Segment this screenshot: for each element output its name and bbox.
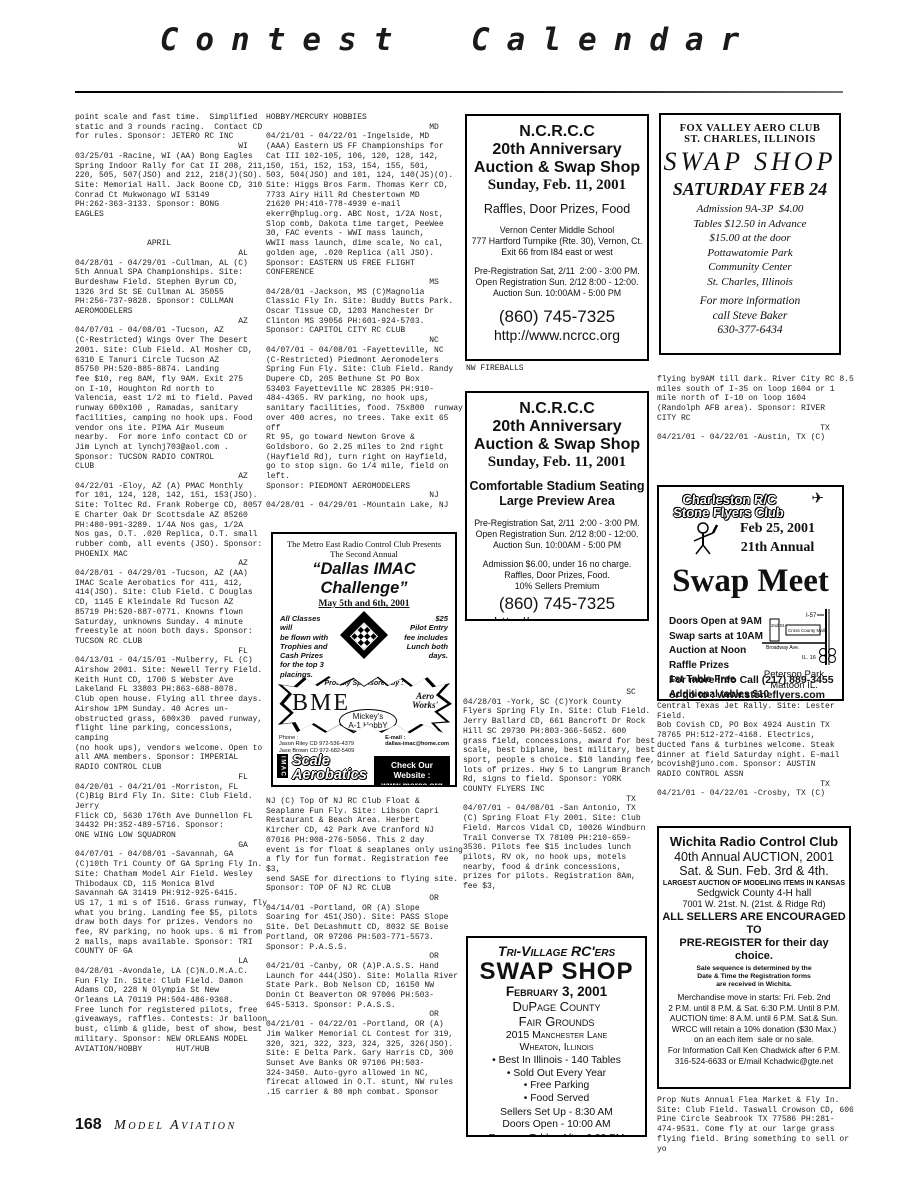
imac-email: E-mail : dallas-imac@home.com xyxy=(385,735,449,748)
foxvalley-date: SATURDAY FEB 24 xyxy=(661,179,839,200)
imac-sponsor-mickeys: Mickey's A-1 HobbY xyxy=(339,709,397,733)
imac-bottom-row: I M A C Scale Aerobatics Check Our Websi… xyxy=(273,754,455,787)
imac-starburst: Proudly Sponsored by : BME Aero Works' M… xyxy=(276,676,452,734)
ncrcc2-registration: Pre-Registration Sat, 2/11 2:00 - 3:00 P… xyxy=(467,518,647,551)
stone-flyers-logo-line2: Stone Flyers Club xyxy=(668,506,789,519)
imac-diamond-logo-icon xyxy=(340,611,388,659)
trivillage-setup: Sellers Set Up - 8:30 AM Doors Open - 10… xyxy=(468,1107,645,1131)
wichita-register: ALL SELLERS ARE ENCOURAGED TO PRE-REGIST… xyxy=(659,911,849,963)
trivillage-venue: DuPage County Fair Grounds xyxy=(468,999,645,1029)
ncrcc1-phone: (860) 745-7325 xyxy=(467,307,647,327)
trivillage-club: Tri-Village RC'ers xyxy=(468,943,645,959)
wichita-auction-ad: Wichita Radio Control Club 40th Annual A… xyxy=(657,826,851,1089)
map-label-i57: I-57 xyxy=(806,613,817,619)
foxvalley-title: SWAP SHOP xyxy=(661,147,839,177)
ncrcc2-event: Auction & Swap Shop xyxy=(467,436,647,454)
page-footer: 168 Model Aviation xyxy=(75,1116,237,1134)
ncrcc1-org-name: N.C.R.C.C xyxy=(467,123,647,141)
listing-column-4b: Central Texas Jet Rally. Site: Lester Fi… xyxy=(657,702,857,799)
charleston-date-annual: Feb 25, 2001 21th Annual xyxy=(725,519,830,557)
ncrcc2-url: http://www.ncrcc.org xyxy=(467,614,647,621)
wichita-tagline: LARGEST AUCTION OF MODELING ITEMS IN KAN… xyxy=(659,880,849,887)
ncrcc2-seating: Comfortable Stadium Seating Large Previe… xyxy=(467,479,647,509)
imac-sponsor-bme: BME xyxy=(292,690,350,717)
imac-sponsor-aeroworks: Aero Works' xyxy=(412,692,438,710)
wichita-schedule: Merchandise move in starts: Fri. Feb. 2n… xyxy=(659,992,849,1066)
scale-aerobatics-logo: I M A C Scale Aerobatics xyxy=(277,754,369,784)
wichita-club: Wichita Radio Control Club xyxy=(659,834,849,849)
imac-presents: The Metro East Radio Control Club Presen… xyxy=(273,539,455,549)
imac-left-note: All Classes will be flown with Trophies … xyxy=(280,614,332,679)
trivillage-reserve: Reserve Tables After 6:00 PM Ken (630) 5… xyxy=(468,1133,645,1137)
ncrcc1-url: http://www.ncrcc.org xyxy=(467,327,647,343)
wichita-address: 7001 W. 21st. N. (21st. & Ridge Rd) xyxy=(659,899,849,909)
listing-column-3: SC 04/28/01 -York, SC (C)York County Fly… xyxy=(463,688,660,892)
listing-column-2-top: HOBBY/MERCURY HOBBIES MD 04/21/01 - 04/2… xyxy=(266,113,463,511)
wichita-sequence: Sale sequence is determined by the Date … xyxy=(659,965,849,989)
ncrcc-auction-ad-2: N.C.R.C.C 20th Anniversary Auction & Swa… xyxy=(465,391,649,621)
trivillage-bullets: • Best In Illinois - 140 Tables • Sold O… xyxy=(468,1055,645,1105)
ncrcc2-admission: Admission $6.00, under 16 no charge. Raf… xyxy=(467,559,647,592)
wichita-auction: 40th Annual AUCTION, 2001 xyxy=(659,850,849,864)
page-title: Contest Calendar xyxy=(0,22,916,58)
imac-bar-logo-icon: I M A C xyxy=(277,754,288,778)
ncrcc1-date: Sunday, Feb. 11, 2001 xyxy=(467,177,647,194)
map-label-mall: Cross County Mall xyxy=(788,628,825,633)
ncrcc1-anniversary: 20th Anniversary xyxy=(467,141,647,159)
charleston-info: For more Info Call (217) 889-3455 or go … xyxy=(669,673,834,701)
ncrcc1-raffles: Raffles, Door Prizes, Food xyxy=(467,202,647,216)
trivillage-address: 2015 Manchester Lane Wheaton, Illinois xyxy=(468,1029,645,1053)
foxvalley-info: For more information call Steve Baker 63… xyxy=(661,294,839,338)
title-rule xyxy=(75,91,843,93)
map-label-il16: IL. 16 xyxy=(802,655,816,661)
ncrcc1-event: Auction & Swap Shop xyxy=(467,159,647,177)
charleston-annual: 21th Annual xyxy=(725,538,830,557)
ncrcc2-date: Sunday, Feb. 11, 2001 xyxy=(467,454,647,471)
map-label-2nd-st: 2nd St. xyxy=(771,623,785,628)
imac-phone-label: Phone : xyxy=(279,735,298,741)
plane-icon: ✈ xyxy=(811,489,824,507)
stone-flyers-logo: Charleston R/C Stone Flyers Club xyxy=(668,493,790,519)
imac-email-label: E-mail : xyxy=(385,735,405,741)
charleston-swap-meet-ad: Charleston R/C Stone Flyers Club ✈ Feb 2… xyxy=(657,485,844,701)
listing-column-2-bottom: NJ (C) Top Of NJ RC Club Float & Seaplan… xyxy=(266,797,463,1098)
imac-title: “Dallas IMAC Challenge” xyxy=(273,560,455,598)
ncrcc-auction-ad-1: N.C.R.C.C 20th Anniversary Auction & Swa… xyxy=(465,114,649,361)
trivillage-date: February 3, 2001 xyxy=(468,984,645,999)
foxvalley-details: Admission 9A-3P $4.00 Tables $12.50 in A… xyxy=(661,202,839,289)
imac-date: May 5th and 6th, 2001 xyxy=(273,599,455,609)
listing-column-4c: Prop Nuts Annual Flea Market & Fly In. S… xyxy=(657,1096,857,1154)
fox-valley-swap-shop-ad: FOX VALLEY AERO CLUB ST. CHARLES, ILLINO… xyxy=(659,113,841,355)
ncrcc1-venue: Vernon Center Middle School 777 Hartford… xyxy=(467,225,647,258)
tri-village-swap-shop-ad: Tri-Village RC'ers SWAP SHOP February 3,… xyxy=(466,936,647,1137)
imac-right-note: $25 Pilot Entry fee includes Lunch both … xyxy=(398,614,448,660)
imac-email-address: dallas-imac@home.com xyxy=(385,741,449,747)
ncrcc1-registration: Pre-Registration Sat, 2/11 2:00 - 3:00 P… xyxy=(467,266,647,299)
imac-annual: The Second Annual xyxy=(273,549,455,559)
wichita-dates: Sat. & Sun. Feb. 3rd & 4th. xyxy=(659,864,849,878)
dallas-imac-challenge-ad: The Metro East Radio Control Club Presen… xyxy=(271,532,457,787)
wichita-hall: Sedgwick County 4-H hall xyxy=(659,888,849,899)
ncrcc2-anniversary: 20th Anniversary xyxy=(467,418,647,436)
ncrcc2-org-name: N.C.R.C.C xyxy=(467,400,647,418)
page-number: 168 xyxy=(75,1116,102,1133)
imac-contact-row: Phone : Jason Riley CD 972-536-4379 Jase… xyxy=(273,734,455,754)
imac-phones: Phone : Jason Riley CD 972-536-4379 Jase… xyxy=(279,735,354,754)
listing-fragment-nw-fireballs: NW FIREBALLS xyxy=(466,364,524,373)
imac-sponsored-by: Proudly Sponsored by : xyxy=(276,680,452,687)
imac-website-box: Check Our Website : www.mercc.org xyxy=(374,756,450,787)
charleston-title: Swap Meet xyxy=(659,563,842,600)
trivillage-title: SWAP SHOP xyxy=(468,959,645,984)
imac-checker-pattern xyxy=(350,622,378,650)
magazine-name: Model Aviation xyxy=(114,1118,237,1133)
map-label-broadway: Broadway Ave. xyxy=(766,645,799,651)
scale-aerobatics-text: Scale Aerobatics xyxy=(292,754,367,782)
caveman-icon xyxy=(689,521,719,557)
listing-column-1: point scale and fast time. Simplified st… xyxy=(75,113,268,1054)
foxvalley-club-line1: FOX VALLEY AERO CLUB xyxy=(661,123,839,134)
listing-column-4a: flying by9AM till dark. River City RC 8.… xyxy=(657,375,857,443)
charleston-map: I-57 2nd St. Cross County Mall Broadway … xyxy=(762,609,836,665)
ncrcc2-phone: (860) 745-7325 xyxy=(467,594,647,614)
imac-mid-row: All Classes will be flown with Trophies … xyxy=(273,612,455,676)
charleston-date: Feb 25, 2001 xyxy=(725,519,830,538)
magazine-page: Contest Calendar point scale and fast ti… xyxy=(0,0,916,1186)
foxvalley-club-line2: ST. CHARLES, ILLINOIS xyxy=(661,134,839,145)
